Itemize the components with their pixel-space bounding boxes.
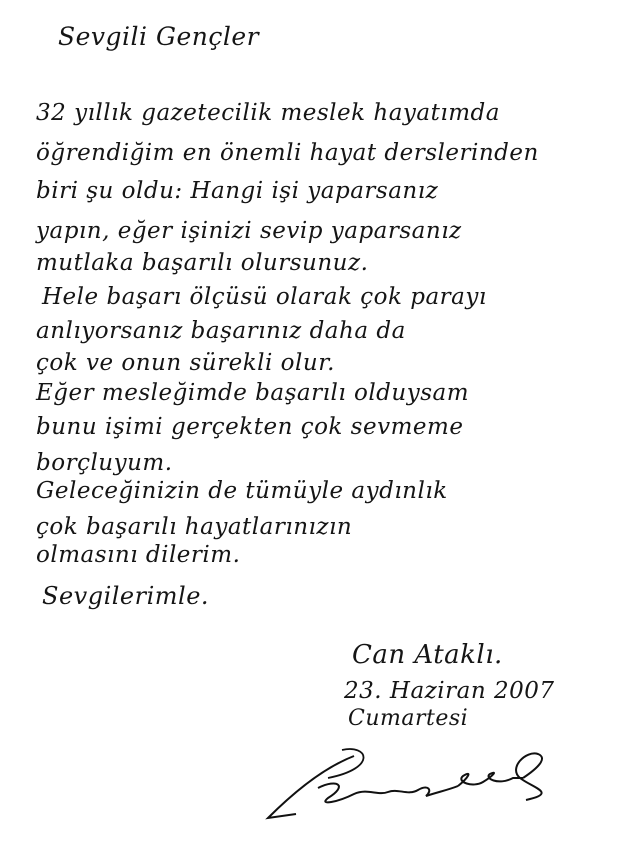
closing: Sevgilerimle. [42, 582, 209, 610]
body-line: Hele başarı ölçüsü olarak çok parayı [42, 284, 487, 310]
body-line: Eğer mesleğimde başarılı olduysam [36, 380, 469, 406]
body-line: Geleceğinizin de tümüyle aydınlık [36, 478, 448, 504]
body-line: çok ve onun sürekli olur. [36, 350, 335, 376]
handwritten-signature-icon [258, 748, 588, 838]
body-line: biri şu oldu: Hangi işi yaparsanız [36, 178, 438, 204]
body-line: mutlaka başarılı olursunuz. [36, 250, 368, 276]
body-line: yapın, eğer işinizi sevip yaparsanız [36, 218, 462, 244]
body-line: anlıyorsanız başarınız daha da [36, 318, 406, 344]
salutation: Sevgili Gençler [58, 22, 259, 51]
body-line: olmasını dilerim. [36, 542, 240, 568]
letter-date: 23. Haziran 2007 [344, 678, 555, 704]
body-line: bunu işimi gerçekten çok sevmeme [36, 414, 463, 440]
body-line: öğrendiğim en önemli hayat derslerinden [36, 140, 539, 166]
author-name: Can Ataklı. [352, 640, 503, 670]
letter-day: Cumartesi [348, 706, 468, 731]
body-line: çok başarılı hayatlarınızın [36, 514, 352, 540]
body-line: 32 yıllık gazetecilik meslek hayatımda [36, 100, 500, 126]
body-line: borçluyum. [36, 450, 173, 476]
